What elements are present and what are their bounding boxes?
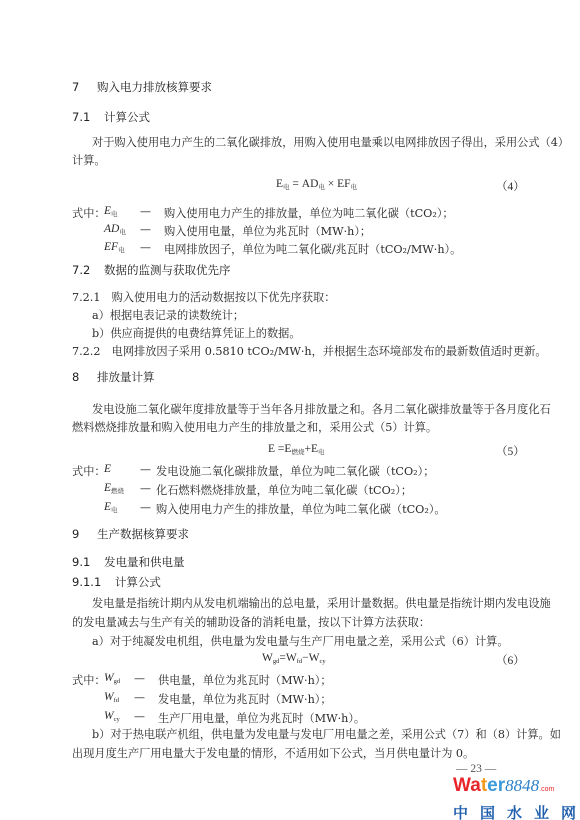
page-number: — 23 — — [456, 763, 496, 775]
var-description: 发电设施二氧化碳排放量，单位为吨二氧化碳（tCO₂）； — [156, 463, 434, 479]
list-item-b: b）对于热电联产机组，供电量为发电量与发电厂用电量之差，采用公式（7）和（8）计… — [92, 728, 561, 742]
clause-7-2-1: 7.2.1 购入使用电力的活动数据按以下优先序获取： — [72, 291, 335, 305]
section-number: 9.1.1 — [72, 575, 101, 589]
dash: — — [134, 710, 145, 723]
var-symbol: AD电 — [104, 223, 126, 236]
var-description: 化石燃料燃烧排放量，单位为吨二氧化碳（tCO₂）； — [156, 482, 412, 498]
equation-number: （4） — [496, 178, 525, 194]
paragraph: 对于购入使用电力产生的二氧化碳排放，用购入使用电量乘以电网排放因子得出，采用公式… — [92, 136, 569, 150]
section-9-heading: 9 生产数据核算要求 — [72, 527, 189, 541]
where-label: 式中： — [72, 205, 106, 221]
dash: — — [140, 241, 151, 254]
dash: — — [134, 691, 145, 704]
var-symbol: Wfd — [104, 691, 119, 704]
var-description: 电网排放因子，单位为吨二氧化碳/兆瓦时（tCO₂/MW·h）。 — [164, 241, 461, 257]
where-label: 式中： — [72, 672, 106, 688]
list-item-b: b）供应商提供的电费结算凭证上的数据。 — [92, 327, 301, 341]
section-7-2-heading: 7.2 数据的监测与获取优先序 — [72, 263, 230, 277]
dash: — — [140, 205, 151, 218]
paragraph-cont: 计算。 — [72, 154, 106, 168]
section-title: 计算公式 — [115, 575, 161, 589]
list-item-a: a）根据电表记录的读数统计； — [92, 309, 244, 323]
formula-5: E =E燃烧+E电 — [268, 443, 324, 456]
paragraph-cont: 的发电量减去与生产有关的辅助设备的消耗电量，按以下计算方法获取： — [72, 616, 430, 630]
logo-wordmark: Water8848.com — [453, 776, 578, 800]
equation-number: （5） — [496, 443, 525, 459]
section-8-heading: 8 排放量计算 — [72, 370, 154, 384]
var-symbol: Wgd — [104, 672, 120, 685]
section-number: 9 — [72, 527, 79, 541]
section-title: 购入电力排放核算要求 — [97, 80, 212, 94]
var-description: 生产厂用电量，单位为兆瓦时（MW·h）。 — [158, 710, 365, 726]
section-number: 8 — [72, 370, 79, 384]
var-symbol: Wcy — [104, 710, 120, 723]
dash: — — [134, 672, 145, 685]
paragraph: 发电量是指统计期内从发电机端输出的总电量，采用计量数据。供电量是指统计期内发电设… — [92, 597, 551, 611]
dash: — — [140, 482, 151, 495]
section-number: 7.1 — [72, 110, 90, 124]
dash: — — [140, 223, 151, 236]
var-description: 供电量，单位为兆瓦时（MW·h）； — [158, 672, 332, 688]
paragraph: 发电设施二氧化碳年度排放量等于当年各月排放量之和。各月二氧化碳排放量等于各月度化… — [92, 403, 551, 417]
section-number: 9.1 — [72, 555, 90, 569]
section-7-1-heading: 7.1 计算公式 — [72, 110, 150, 124]
var-symbol: E燃烧 — [104, 482, 124, 495]
section-title: 发电量和供电量 — [104, 555, 185, 569]
section-number: 7.2 — [72, 263, 90, 277]
where-label: 式中： — [72, 463, 106, 479]
logo-chinese: 中国水业网 — [453, 802, 578, 820]
var-symbol: E电 — [104, 205, 118, 218]
dash: — — [140, 501, 151, 514]
section-title: 数据的监测与获取优先序 — [104, 263, 231, 277]
var-description: 购入使用电力产生的排放量，单位为吨二氧化碳（tCO₂）。 — [156, 501, 446, 517]
var-symbol: E — [104, 463, 111, 476]
equation-number: （6） — [496, 652, 525, 668]
formula-4: E电 = AD电 × EF电 — [276, 178, 357, 191]
paragraph-cont: 燃料燃烧排放量和购入使用电力产生的排放量之和，采用公式（5）计算。 — [72, 421, 437, 435]
formula-6: Wgd=Wfd−Wcy — [262, 652, 326, 665]
var-description: 购入使用电量，单位为兆瓦时（MW·h）； — [164, 223, 371, 239]
var-symbol: EF电 — [104, 241, 125, 254]
dash: — — [140, 463, 151, 476]
list-item-a: a）对于纯凝发电机组，供电量为发电量与生产厂用电量之差，采用公式（6）计算。 — [92, 635, 509, 649]
section-9-1-1-heading: 9.1.1 计算公式 — [72, 575, 161, 589]
section-title: 排放量计算 — [97, 370, 155, 384]
section-9-1-heading: 9.1 发电量和供电量 — [72, 555, 184, 569]
var-description: 发电量，单位为兆瓦时（MW·h）； — [158, 691, 332, 707]
section-7-heading: 7 购入电力排放核算要求 — [72, 80, 212, 94]
section-number: 7 — [72, 80, 79, 94]
clause-7-2-2: 7.2.2 电网排放因子采用 0.5810 tCO₂/MW·h，并根据生态环境部… — [72, 345, 547, 359]
section-title: 生产数据核算要求 — [97, 527, 189, 541]
section-title: 计算公式 — [104, 110, 150, 124]
watermark-logo: Water8848.com 中国水业网 — [453, 776, 578, 820]
var-description: 购入使用电力产生的排放量，单位为吨二氧化碳（tCO₂）； — [164, 205, 454, 221]
list-item-b-cont: 出现月度生产厂用电量大于发电量的情形，不适用如下公式，当月供电量计为 0。 — [72, 747, 474, 761]
var-symbol: E电 — [104, 501, 118, 514]
